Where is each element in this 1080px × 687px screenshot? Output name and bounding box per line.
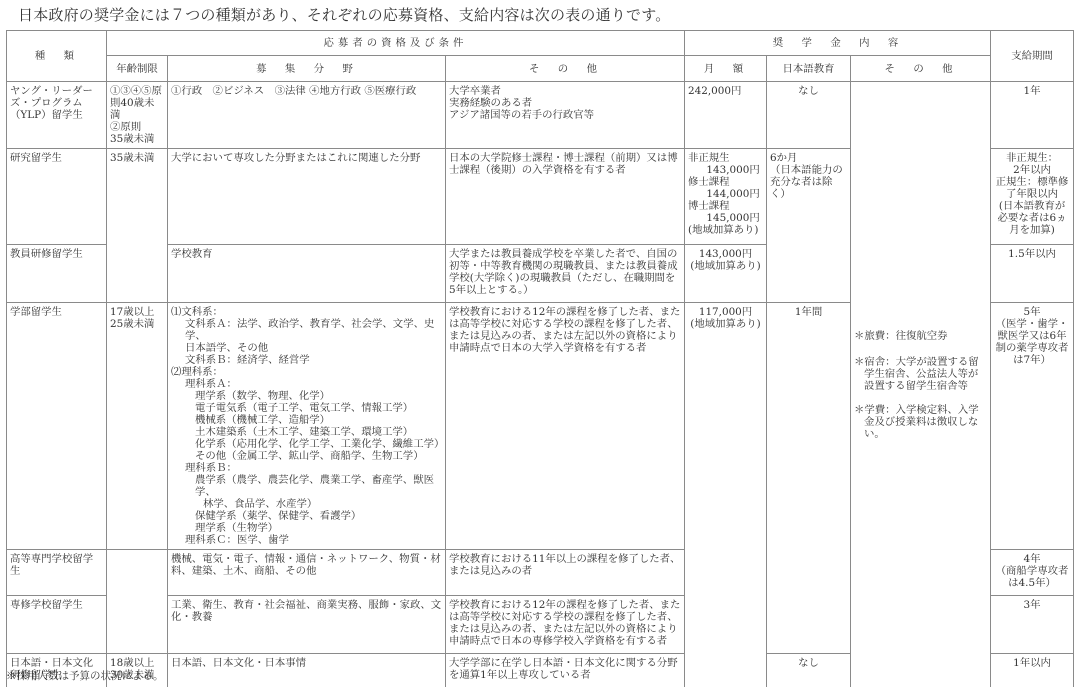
header-fields: 募 集 分 野	[168, 56, 446, 82]
field-line: 理学系（生物学）	[171, 522, 442, 534]
type-cell: 専修学校留学生	[7, 596, 107, 654]
monthly-line: 144,000円	[688, 188, 763, 200]
monthly-line: (地域加算あり)	[688, 224, 763, 236]
intro-text: 日本政府の奨学金には７つの種類があり、それぞれの応募資格、支給内容は次の表の通り…	[18, 4, 670, 25]
field-line: その他（金属工学、鉱山学、商船学、生物工学）	[171, 450, 442, 462]
other-qual-cell: 大学卒業者 実務経験のある者 アジア諸国等の若手の行政官等	[446, 82, 685, 149]
monthly-line: 143,000円	[688, 164, 763, 176]
monthly-cell: 143,000円 (地域加算あり)	[685, 245, 767, 303]
period-cell: 5年 （医学・歯学・獣医学又は6年制の薬学専攻者は7年）	[991, 303, 1074, 550]
header-other-benefit: そ の 他	[851, 56, 991, 82]
period-cell: 1.5年以内	[991, 245, 1074, 303]
field-line: 文科系Ａ：法学、政治学、教育学、社会学、文学、史学、	[171, 318, 442, 342]
period-cell: 1年	[991, 82, 1074, 149]
age-cell: 17歳以上 25歳未満	[107, 303, 168, 550]
header-age-limit: 年齢制限	[107, 56, 168, 82]
japanese-edu-cell: なし	[767, 82, 851, 149]
header-other-qual: そ の 他	[446, 56, 685, 82]
table-row: ヤング・リーダーズ・プログラム（YLP）留学生 ①③④⑤原則40歳未満 ②原則 …	[7, 82, 1074, 149]
type-cell: 研究留学生	[7, 149, 107, 245]
field-line: 日本語学、その他	[171, 342, 442, 354]
japanese-edu-cell: 6か月 （日本語能力の充分な者は除く）	[767, 149, 851, 303]
other-qual-cell: 学校教育における12年の課程を修了した者、または高等学校に対応する学校の課程を修…	[446, 596, 685, 654]
monthly-line: 非正規生	[688, 152, 763, 164]
age-cell: ①③④⑤原則40歳未満 ②原則 35歳未満	[107, 82, 168, 149]
age-cell: 35歳未満	[107, 149, 168, 303]
field-line: ⑵理科系：	[171, 366, 442, 378]
fields-cell: 日本語、日本文化・日本事情	[168, 654, 446, 687]
header-period: 支給期間	[991, 31, 1074, 82]
scholarship-table: 種 類 応募者の資格及び条件 奨 学 金 内 容 支給期間 年齢制限 募 集 分…	[6, 30, 1074, 687]
field-line: 理科系Ｂ：	[171, 462, 442, 474]
fields-cell: ⑴文科系： 文科系Ａ：法学、政治学、教育学、社会学、文学、史学、 日本語学、その…	[168, 303, 446, 550]
period-cell: 3年	[991, 596, 1074, 654]
japanese-edu-cell: 1年間	[767, 303, 851, 654]
type-cell: ヤング・リーダーズ・プログラム（YLP）留学生	[7, 82, 107, 149]
header-qualifications: 応募者の資格及び条件	[107, 31, 685, 56]
monthly-cell: 117,000円 (地域加算あり)	[685, 303, 767, 687]
japanese-edu-cell: なし	[767, 654, 851, 687]
other-benefits-cell: ＊旅費：往復航空券 ＊宿舎：大学が設置する留学生宿舎、公益法人等が設置する留学生…	[851, 82, 991, 687]
other-qual-cell: 大学学部に在学し日本語・日本文化に関する分野を通算1年以上専攻している者	[446, 654, 685, 687]
period-cell: 1年以内	[991, 654, 1074, 687]
benefit-travel: ＊旅費：往復航空券	[854, 330, 987, 342]
period-cell: 4年 （商船学専攻者は4.5年）	[991, 550, 1074, 596]
field-line: ⑴文科系：	[171, 306, 442, 318]
monthly-line: 博士課程	[688, 200, 763, 212]
other-qual-cell: 学校教育における11年以上の課程を修了した者、または見込みの者	[446, 550, 685, 596]
monthly-cell: 242,000円	[685, 82, 767, 149]
field-line: 林学、食品学、水産学）	[171, 498, 442, 510]
other-qual-cell: 学校教育における12年の課程を修了した者、または高等学校に対応する学校の課程を修…	[446, 303, 685, 550]
age-cell-empty	[107, 550, 168, 654]
field-line: 理科系Ａ：	[171, 378, 442, 390]
field-line: 電子電気系（電子工学、電気工学、情報工学）	[171, 402, 442, 414]
fields-cell: 大学において専攻した分野またはこれに関連した分野	[168, 149, 446, 245]
field-line: 文科系Ｂ：経済学、経営学	[171, 354, 442, 366]
benefit-housing: ＊宿舎：大学が設置する留学生宿舎、公益法人等が設置する留学生宿舎等	[854, 356, 987, 392]
monthly-line: 145,000円	[688, 212, 763, 224]
field-line: 保健学系（薬学、保健学、看護学）	[171, 510, 442, 522]
field-line: 機械系（機械工学、造船学）	[171, 414, 442, 426]
fields-cell: ①行政 ②ビジネス ③法律 ④地方行政 ⑤医療行政	[168, 82, 446, 149]
type-cell: 教員研修留学生	[7, 245, 107, 303]
header-type: 種 類	[7, 31, 107, 82]
field-line: 理学系（数学、物理、化学）	[171, 390, 442, 402]
monthly-line: 修士課程	[688, 176, 763, 188]
fields-cell: 学校教育	[168, 245, 446, 303]
other-qual-cell: 大学または教員養成学校を卒業した者で、自国の初等・中等教育機関の現職教員、または…	[446, 245, 685, 303]
header-japanese-edu: 日本語教育	[767, 56, 851, 82]
period-cell: 非正規生： 2年以内 正規生：標準修了年限以内 (日本語教育が必要な者は6ヵ月を…	[991, 149, 1074, 245]
monthly-cell: 非正規生 143,000円 修士課程 144,000円 博士課程 145,000…	[685, 149, 767, 245]
type-cell: 学部留学生	[7, 303, 107, 550]
header-monthly: 月 額	[685, 56, 767, 82]
fields-cell: 機械、電気・電子、情報・通信・ネットワーク、物質・材料、建築、土木、商船、その他	[168, 550, 446, 596]
header-scholarship: 奨 学 金 内 容	[685, 31, 991, 56]
field-line: 農学系（農学、農芸化学、農業工学、畜産学、獣医学、	[171, 474, 442, 498]
fields-cell: 工業、衛生、教育・社会福祉、商業実務、服飾・家政、文化・教養	[168, 596, 446, 654]
field-line: 土木建築系（土木工学、建築工学、環境工学）	[171, 426, 442, 438]
field-line: 理科系Ｃ：医学、歯学	[171, 534, 442, 546]
type-cell: 高等専門学校留学生	[7, 550, 107, 596]
footnote: ※採用人数は予算の状況による。	[6, 668, 164, 683]
field-line: 化学系（応用化学、化学工学、工業化学、繊維工学）	[171, 438, 442, 450]
benefit-tuition: ＊学費：入学検定料、入学金及び授業料は徴収しない。	[854, 404, 987, 440]
other-qual-cell: 日本の大学院修士課程・博士課程（前期）又は博士課程（後期）の入学資格を有する者	[446, 149, 685, 245]
